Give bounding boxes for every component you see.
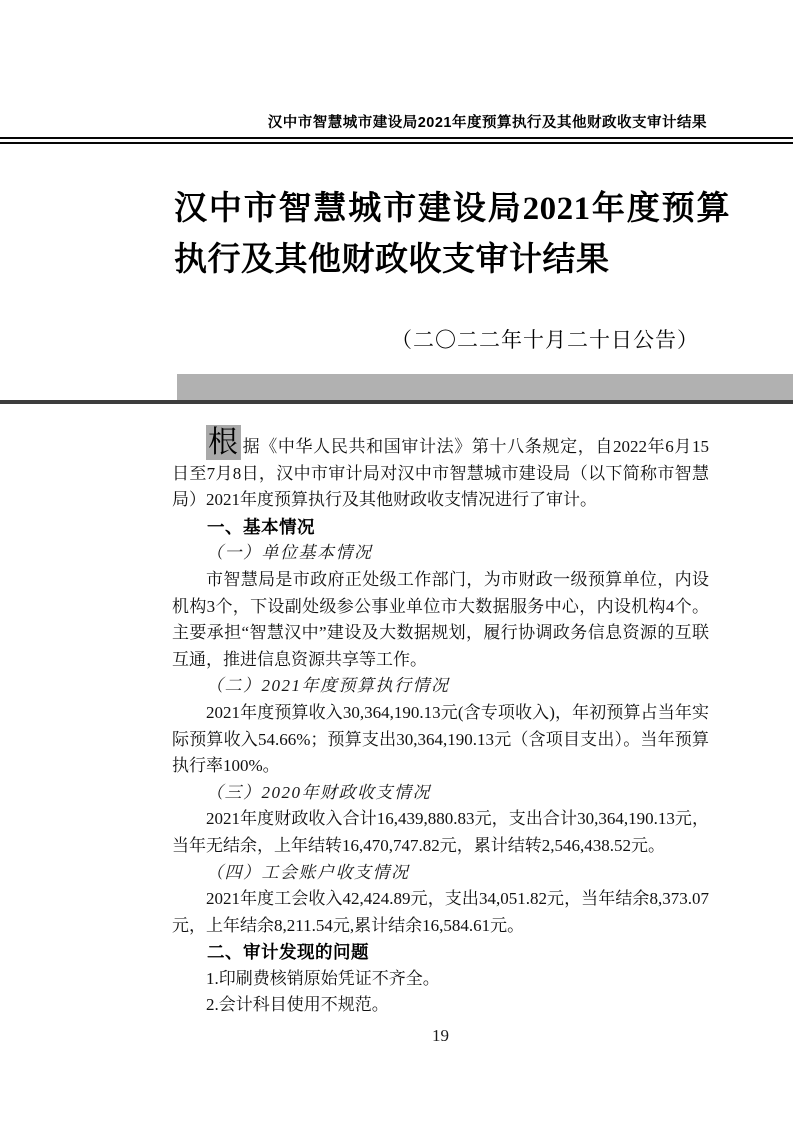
intro-text: 据《中华人民共和国审计法》第十八条规定，自2022年6月15日至7月8日，汉中市… <box>172 437 709 509</box>
subsection-heading-1-1: （一）单位基本情况 <box>172 540 709 567</box>
header-double-rule <box>0 137 793 144</box>
section-heading-1: 一、基本情况 <box>172 514 709 541</box>
separator-rule <box>0 400 793 404</box>
dropcap-char: 根 <box>206 425 241 460</box>
body-paragraph-budget-execution: 2021年度预算收入30,364,190.13元(含专项收入)，年初预算占当年实… <box>172 700 709 780</box>
page-number: 19 <box>172 1026 709 1046</box>
announcement-date: （二〇二二年十月二十日公告） <box>174 324 699 354</box>
section-heading-2: 二、审计发现的问题 <box>172 939 709 966</box>
document-body: 根据《中华人民共和国审计法》第十八条规定，自2022年6月15日至7月8日，汉中… <box>172 431 709 1019</box>
body-paragraph-fiscal-revenue: 2021年度财政收入合计16,439,880.83元，支出合计30,364,19… <box>172 806 709 859</box>
body-paragraph-issue-2: 2.会计科目使用不规范。 <box>172 992 709 1019</box>
document-title: 汉中市智慧城市建设局2021年度预算执行及其他财政收支审计结果 <box>174 184 730 286</box>
body-paragraph-unit-basic: 市智慧局是市政府正处级工作部门，为市财政一级预算单位，内设机构3个，下设副处级参… <box>172 567 709 673</box>
decorative-gray-bar <box>177 374 793 400</box>
document-page: 汉中市智慧城市建设局2021年度预算执行及其他财政收支审计结果 汉中市智慧城市建… <box>0 0 793 1122</box>
intro-paragraph: 根据《中华人民共和国审计法》第十八条规定，自2022年6月15日至7月8日，汉中… <box>172 431 709 514</box>
subsection-heading-1-2: （二）2021年度预算执行情况 <box>172 673 709 700</box>
subsection-heading-1-4: （四）工会账户收支情况 <box>172 860 709 887</box>
subsection-heading-1-3: （三）2020年财政收支情况 <box>172 780 709 807</box>
body-paragraph-issue-1: 1.印刷费核销原始凭证不齐全。 <box>172 966 709 993</box>
body-paragraph-union-account: 2021年度工会收入42,424.89元，支出34,051.82元，当年结余8,… <box>172 886 709 939</box>
running-head: 汉中市智慧城市建设局2021年度预算执行及其他财政收支审计结果 <box>0 111 707 132</box>
